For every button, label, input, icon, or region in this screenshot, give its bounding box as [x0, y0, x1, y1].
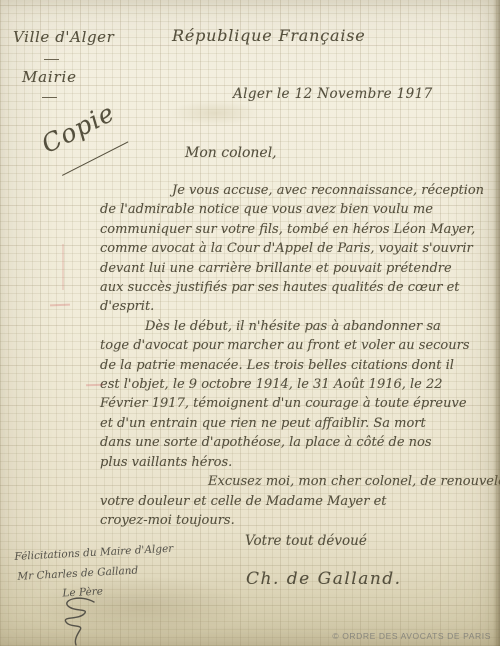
body-line: et d'un entrain que rien ne peut affaibl…: [100, 414, 492, 433]
body-line: de l'admirable notice que vous avez bien…: [100, 200, 492, 219]
body-line: croyez-moi toujours.: [100, 511, 492, 530]
republic-heading: République Française: [172, 26, 366, 45]
body-line: de la patrie menacée. Les trois belles c…: [100, 356, 492, 375]
paper-stain: [170, 100, 260, 126]
sender-city: Ville d'Alger: [13, 28, 114, 46]
red-margin-mark: [62, 244, 64, 290]
letter-body: Je vous accuse, avec reconnaissance, réc…: [100, 181, 492, 530]
body-line: dans une sorte d'apothéose, la place à c…: [100, 433, 492, 452]
body-line: Excusez moi, mon cher colonel, de renouv…: [100, 472, 492, 491]
body-line: communiquer sur votre fils, tombé en hér…: [100, 220, 492, 239]
body-line: Dès le début, il n'hésite pas à abandonn…: [100, 317, 492, 336]
date-line: Alger le 12 Novembre 1917: [233, 86, 433, 102]
body-line: devant lui une carrière brillante et pou…: [100, 259, 492, 278]
body-line: comme avocat à la Cour d'Appel de Paris,…: [100, 239, 492, 258]
body-line: aux succès justifiés par ses hautes qual…: [100, 278, 492, 297]
page-edge-shadow: [493, 0, 500, 646]
letter-scan: Ville d'Alger Mairie République Français…: [0, 0, 500, 646]
closing-formula: Votre tout dévoué: [245, 533, 367, 549]
signature: Ch. de Galland.: [246, 569, 402, 589]
body-line: Février 1917, témoignent d'un courage à …: [100, 394, 492, 413]
body-line: toge d'avocat pour marcher au front et v…: [100, 336, 492, 355]
divider-dash: [42, 97, 57, 98]
divider-dash: [44, 59, 59, 60]
salutation: Mon colonel,: [185, 145, 277, 161]
sender-office: Mairie: [22, 68, 77, 86]
body-line: est l'objet, le 9 octobre 1914, le 31 Ao…: [100, 375, 492, 394]
photo-credit: © ORDRE DES AVOCATS DE PARIS: [332, 631, 491, 641]
signature-flourish-icon: [50, 596, 106, 646]
body-line: Je vous accuse, avec reconnaissance, réc…: [100, 181, 492, 200]
body-line: d'esprit.: [100, 297, 492, 316]
red-margin-mark: [50, 304, 70, 307]
body-line: votre douleur et celle de Madame Mayer e…: [100, 492, 492, 511]
body-line: plus vaillants héros.: [100, 453, 492, 472]
copy-annotation: Copie: [37, 98, 120, 159]
